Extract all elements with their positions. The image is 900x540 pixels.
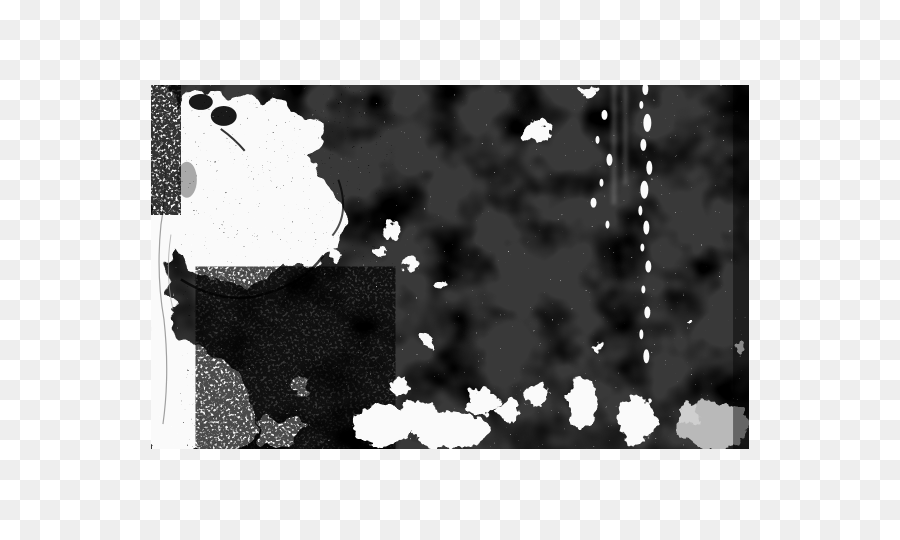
right-edge-shade: [733, 85, 749, 449]
white-speckle-overlay: [151, 85, 749, 449]
transparency-checkerboard: Black and white grunge texture photo of …: [0, 0, 900, 540]
texture-description: Black and white grunge texture photo of …: [0, 0, 1, 1]
grunge-texture-image: [151, 85, 749, 449]
